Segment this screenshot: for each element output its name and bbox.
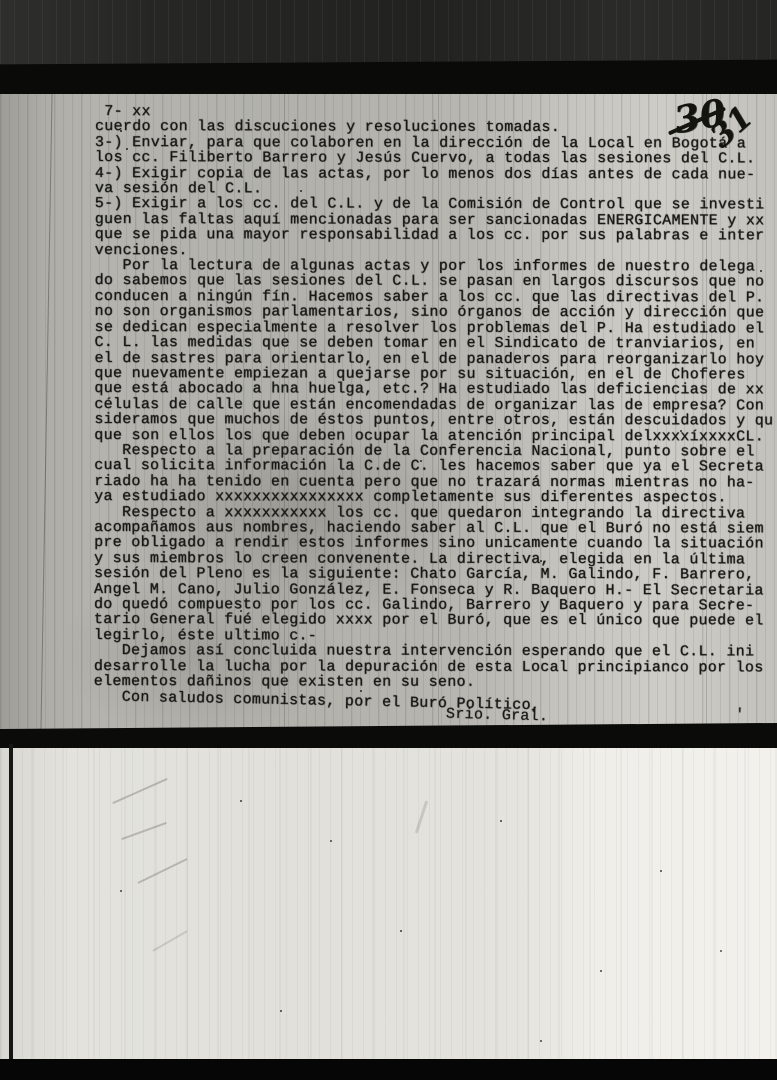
stray-ink-mark: '	[735, 706, 745, 724]
typed-text-block: 7- xxcuerdo con las discuciones y resolu…	[94, 104, 777, 706]
typed-line: que se pida una mayor responsabilidad a …	[95, 227, 777, 244]
film-top-edge	[0, 0, 777, 68]
page-edge-line	[9, 744, 13, 1064]
typed-line: elementos dañinos que existen en su seno…	[94, 674, 777, 691]
blank-next-frame	[0, 748, 777, 1063]
film-bottom-black-band	[0, 1059, 777, 1080]
handwritten-page-number: 30 31	[668, 92, 777, 156]
signature-line: Srio. Gral.	[446, 706, 549, 726]
scanned-document-page: 7- xxcuerdo con las discuciones y resolu…	[0, 0, 777, 1080]
dust-specks	[240, 800, 242, 802]
